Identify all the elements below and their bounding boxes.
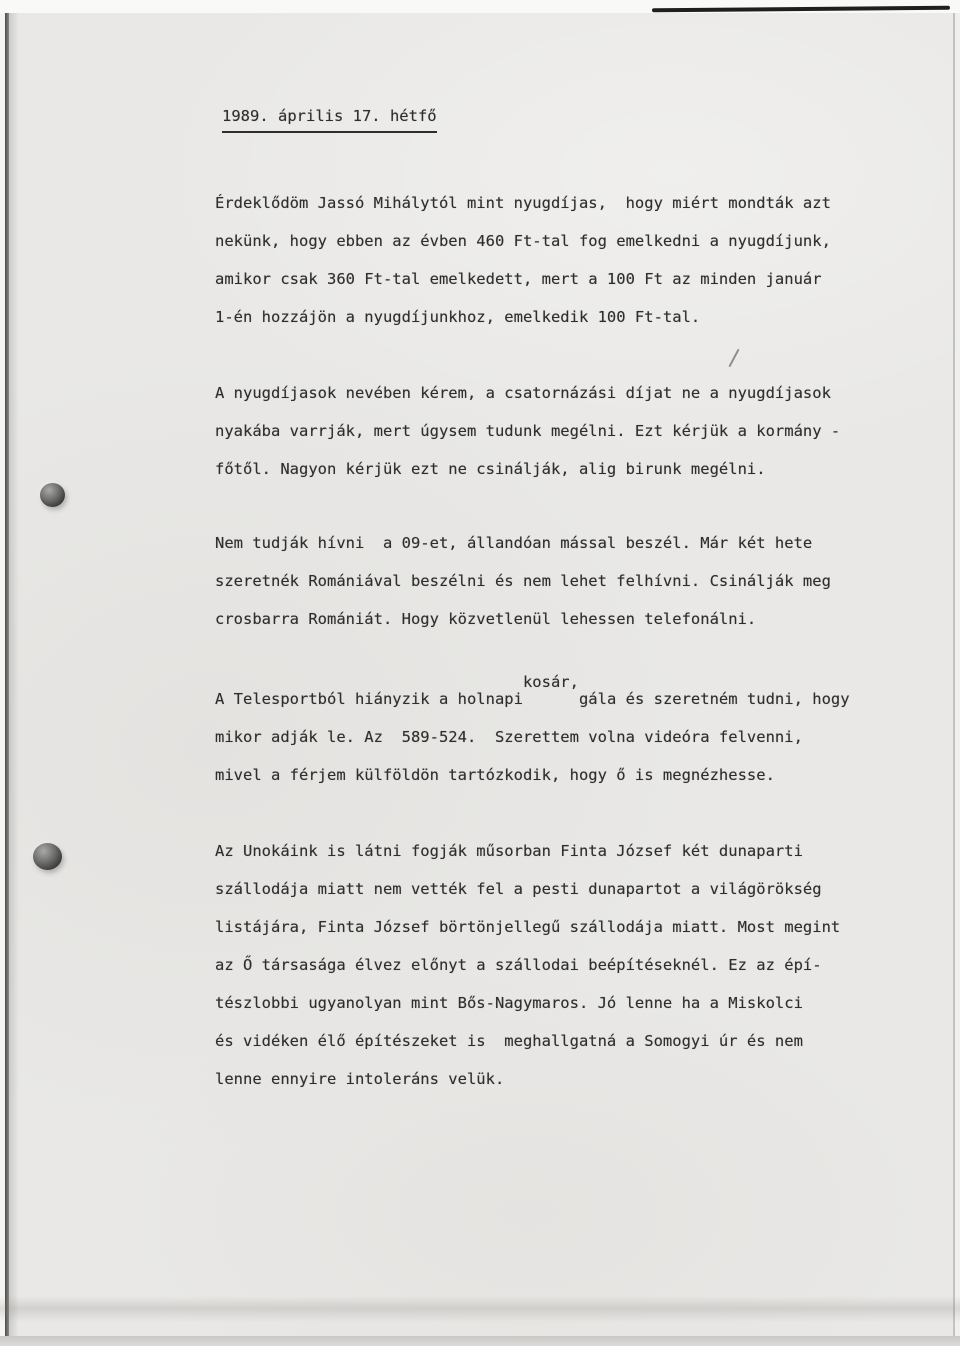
text-line: főtől. Nagyon kérjük ezt ne csinálják, a…: [215, 450, 840, 488]
paragraph-pension-increase: Érdeklődöm Jassó Mihálytól mint nyugdíja…: [215, 184, 831, 336]
text-line: az Ő társasága élvez előnyt a szállodai …: [215, 946, 840, 984]
text-line: mivel a férjem külföldön tartózkodik, ho…: [215, 756, 850, 794]
paragraph-phone-romania: Nem tudják hívni a 09-et, állandóan máss…: [215, 524, 831, 638]
text-line-with-insertion: A Telesportból hiányzik a holnapikosár,g…: [215, 680, 850, 718]
date-heading: 1989. április 17. hétfő: [222, 106, 437, 133]
text-line: szállodája miatt nem vették fel a pesti …: [215, 870, 840, 908]
paragraph-telesport-gala: A Telesportból hiányzik a holnapikosár,g…: [215, 680, 850, 794]
bottom-smudge-band: [0, 1296, 960, 1322]
text-line: Nem tudják hívni a 09-et, állandóan máss…: [215, 524, 831, 562]
text-line: nekünk, hogy ebben az évben 460 Ft-tal f…: [215, 222, 831, 260]
scan-page: 1989. április 17. hétfő Érdeklődöm Jassó…: [0, 0, 960, 1346]
text-line: crosbarra Romániát. Hogy közvetlenül leh…: [215, 600, 831, 638]
text-line: Érdeklődöm Jassó Mihálytól mint nyugdíja…: [215, 184, 831, 222]
text-line: 1-én hozzájön a nyugdíjunkhoz, emelkedik…: [215, 298, 831, 336]
text-line: szeretnék Romániával beszélni és nem leh…: [215, 562, 831, 600]
ink-dot: [40, 483, 65, 507]
text-line: tészlobbi ugyanolyan mint Bős-Nagymaros.…: [215, 984, 840, 1022]
paper-bottom-edge-shadow: [0, 1336, 960, 1346]
text-line: és vidéken élő építészeket is meghallgat…: [215, 1022, 840, 1060]
text-line: A nyugdíjasok nevében kérem, a csatornáz…: [215, 374, 840, 412]
scanner-right-margin: [955, 13, 960, 1346]
text-line: listájára, Finta József börtönjellegű sz…: [215, 908, 840, 946]
insertion-line-before: A Telesportból hiányzik a holnapi: [215, 690, 523, 708]
text-line: Az Unokáink is látni fogják műsorban Fin…: [215, 832, 840, 870]
insertion-line-after: gála és szeretném tudni, hogy: [579, 690, 850, 708]
ink-dot: [33, 843, 62, 870]
text-line: nyakába varrják, mert úgysem tudunk megé…: [215, 412, 840, 450]
paragraph-finta-hotels: Az Unokáink is látni fogják műsorban Fin…: [215, 832, 840, 1098]
typed-insertion-kosar: kosár,: [523, 673, 579, 691]
paragraph-sewer-fee: A nyugdíjasok nevében kérem, a csatornáz…: [215, 374, 840, 488]
text-line: lenne ennyire intoleráns velük.: [215, 1060, 840, 1098]
paper-left-edge-fade: [9, 13, 19, 1346]
scanned-document: { "colors": { "paper": "#e9e8e6", "ink":…: [0, 0, 960, 1346]
text-line: amikor csak 360 Ft-tal emelkedett, mert …: [215, 260, 831, 298]
text-line: mikor adják le. Az 589-524. Szerettem vo…: [215, 718, 850, 756]
